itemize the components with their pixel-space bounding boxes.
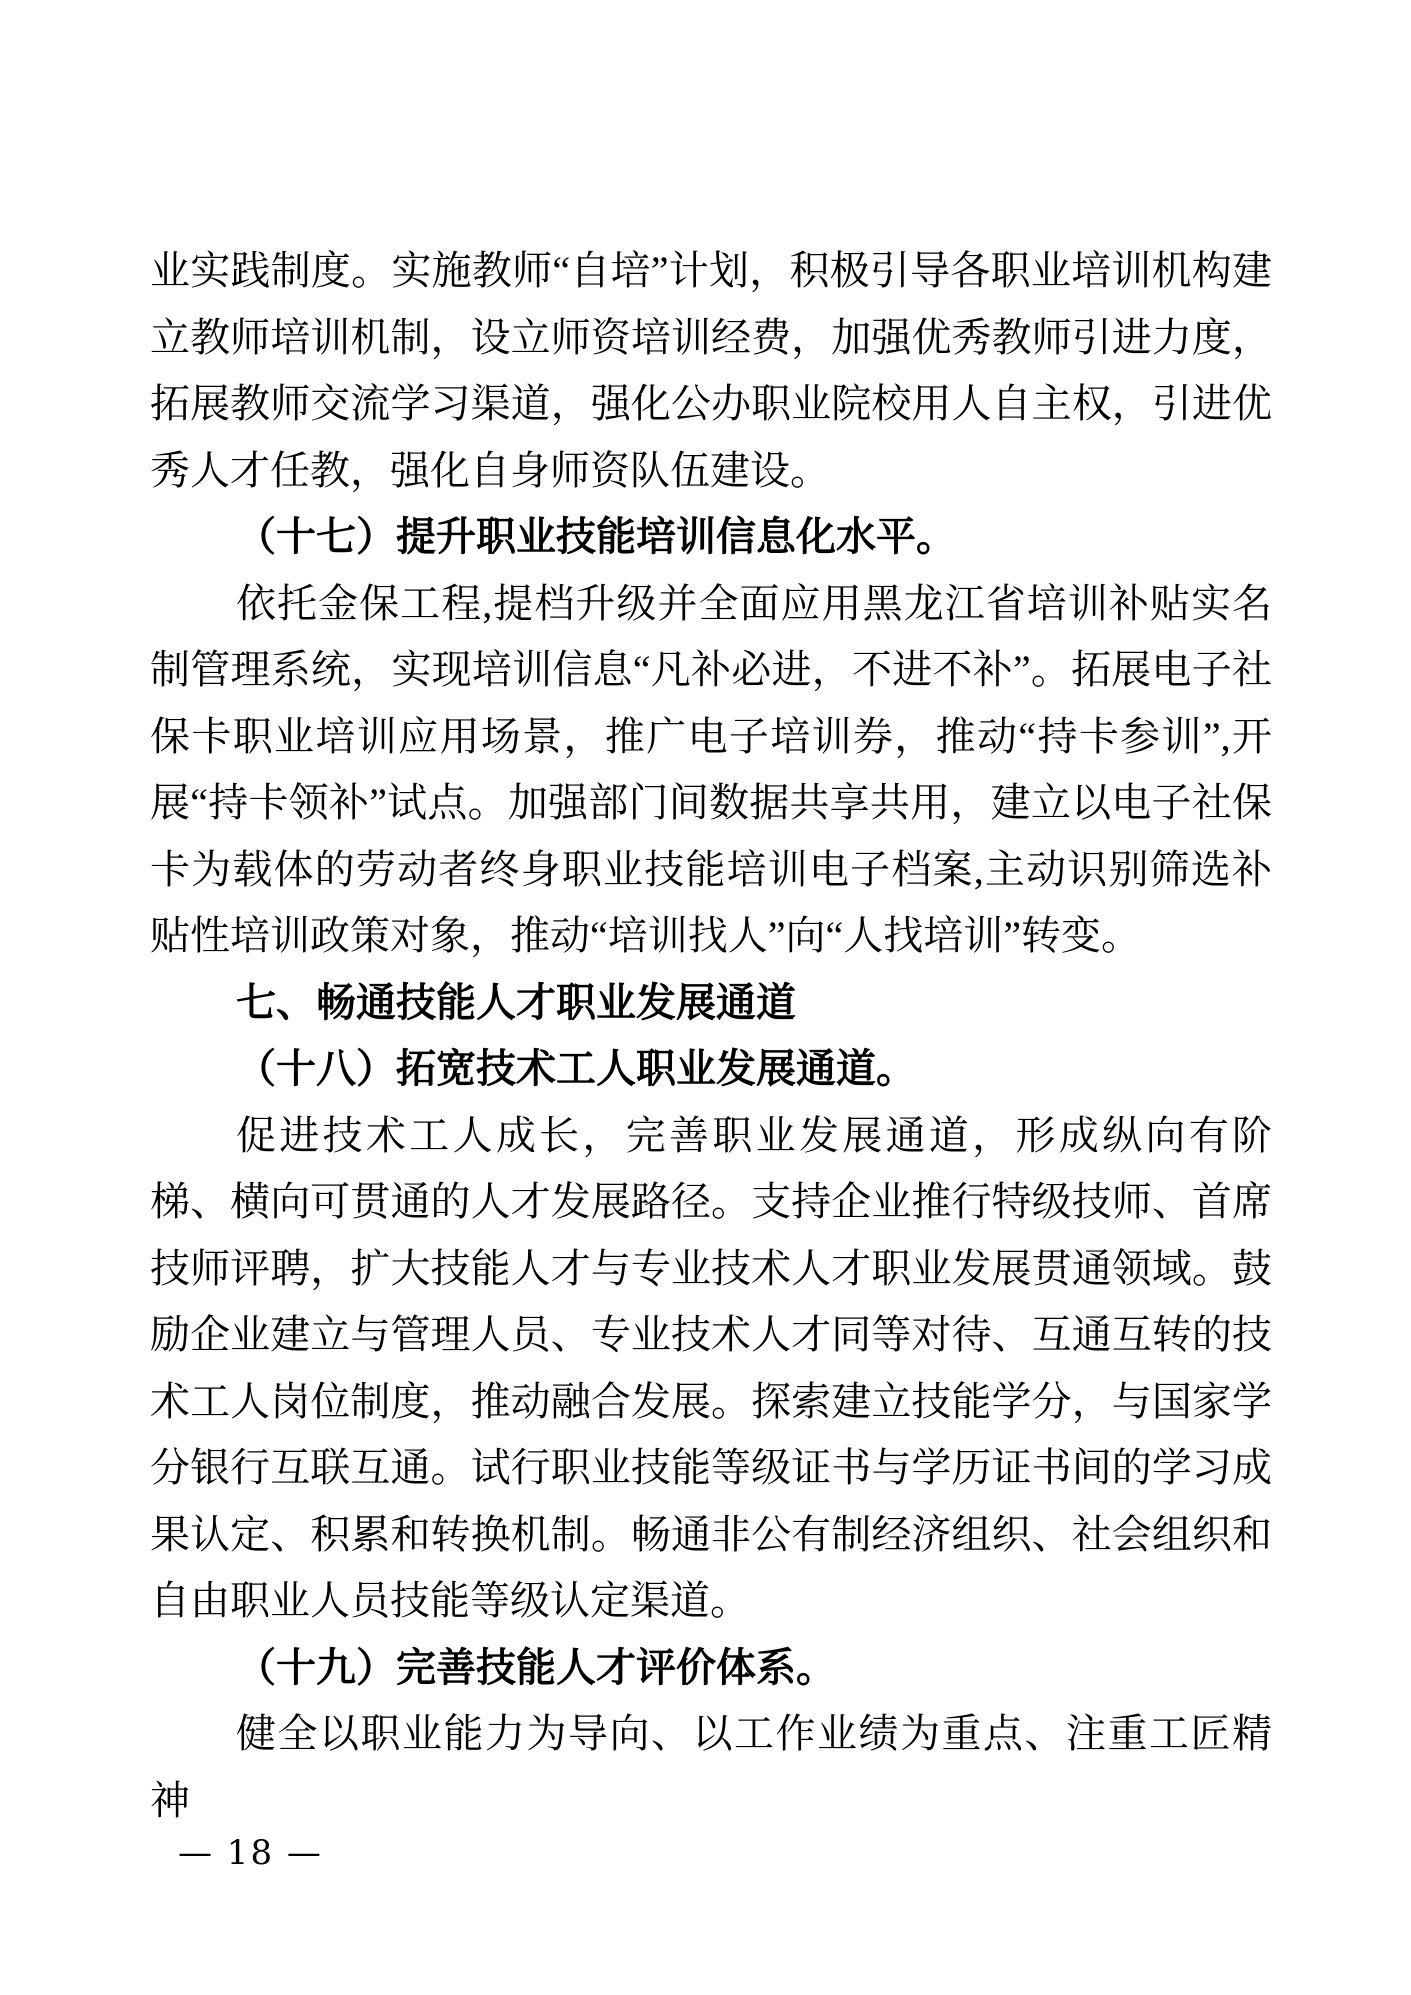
item-heading-17: （十七）提升职业技能培训信息化水平。 — [150, 504, 1272, 571]
paragraph-training-information: 依托金保工程,提档升级并全面应用黑龙江省培训补贴实名制管理系统，实现培训信息“凡… — [150, 571, 1272, 970]
item-heading-18: （十八）拓宽技术工人职业发展通道。 — [150, 1036, 1272, 1103]
paragraph-teacher-training-continued: 业实践制度。实施教师“自培”计划，积极引导各职业培训机构建立教师培训机制，设立师… — [150, 238, 1272, 504]
section-heading-7: 七、畅通技能人才职业发展通道 — [150, 970, 1272, 1037]
page-number: — 18 — — [178, 1833, 323, 1873]
item-heading-19: （十九）完善技能人才评价体系。 — [150, 1635, 1272, 1702]
document-page: 业实践制度。实施教师“自培”计划，积极引导各职业培训机构建立教师培训机制，设立师… — [0, 0, 1411, 1995]
document-body: 业实践制度。实施教师“自培”计划，积极引导各职业培训机构建立教师培训机制，设立师… — [150, 238, 1272, 1834]
paragraph-evaluation-system: 健全以职业能力为导向、以工作业绩为重点、注重工匠精神 — [150, 1701, 1272, 1834]
paragraph-career-development: 促进技术工人成长，完善职业发展通道，形成纵向有阶梯、横向可贯通的人才发展路径。支… — [150, 1103, 1272, 1635]
